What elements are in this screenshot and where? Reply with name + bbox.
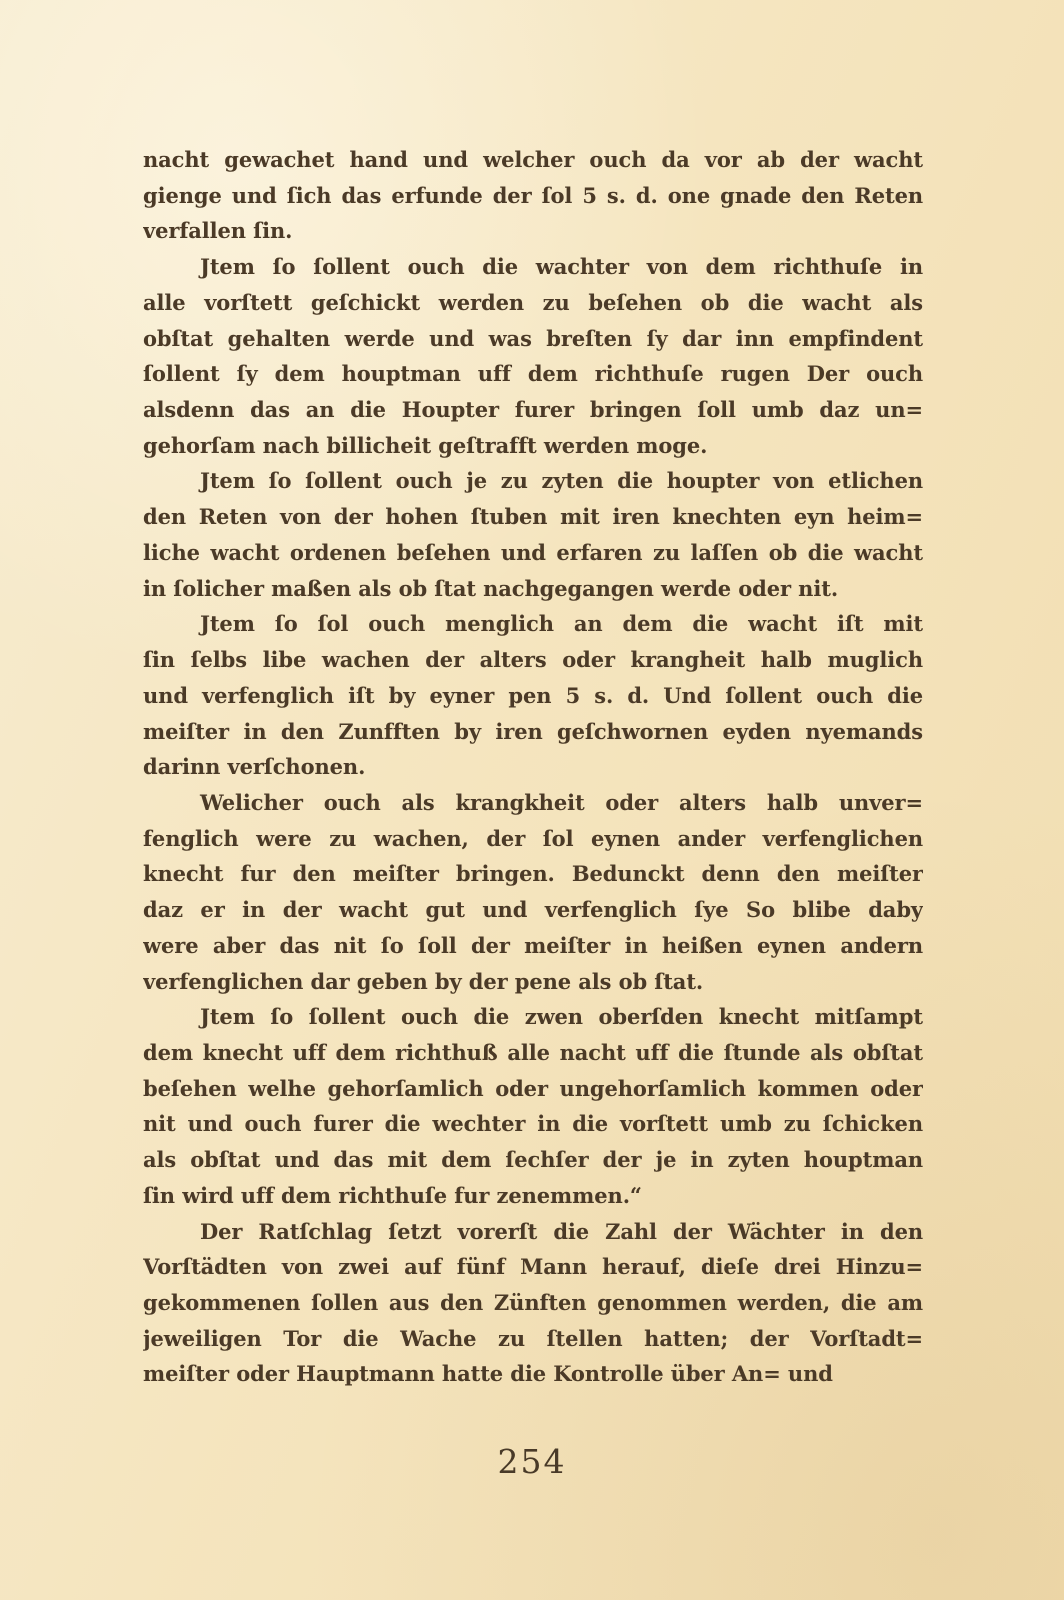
text-line: jeweiligen Tor die Wache zu ſtellen hatt…	[143, 1321, 923, 1357]
text-line: Vorſtädten von zwei auf fünf Mann herauf…	[143, 1249, 923, 1285]
paragraph: Der Ratſchlag ſetzt vorerſt die Zahl der…	[143, 1214, 923, 1393]
text-line: als obſtat und das mit dem ſechſer der j…	[143, 1142, 923, 1178]
text-line: dem knecht uff dem richthuß alle nacht u…	[143, 1035, 923, 1071]
paragraph: Jtem ſo ſollent ouch die zwen oberſden k…	[143, 999, 923, 1213]
text-line: nit und ouch furer die wechter in die vo…	[143, 1106, 923, 1142]
text-line: alsdenn das an die Houpter furer bringen…	[143, 392, 923, 428]
text-line: ſin wird uff dem richthuſe fur zenemmen.…	[143, 1178, 923, 1214]
paragraph: Jtem ſo ſollent ouch je zu zyten die hou…	[143, 463, 923, 606]
text-line: Der Ratſchlag ſetzt vorerſt die Zahl der…	[143, 1214, 923, 1250]
text-line: verfallen ſin.	[143, 213, 923, 249]
text-line: verfenglichen dar geben by der pene als …	[143, 964, 923, 1000]
text-line: gehorſam nach billicheit geſtrafft werde…	[143, 428, 923, 464]
text-line: beſehen welhe gehorſamlich oder ungehorſ…	[143, 1071, 923, 1107]
paragraph: Jtem ſo ſollent ouch die wachter von dem…	[143, 249, 923, 463]
text-line: gekommenen ſollen aus den Zünften genomm…	[143, 1285, 923, 1321]
paragraph: Welicher ouch als krangkheit oder alters…	[143, 785, 923, 999]
text-line: darinn verſchonen.	[143, 749, 923, 785]
paragraph: nacht gewachet hand und welcher ouch da …	[143, 142, 923, 249]
text-line: Jtem ſo ſollent ouch je zu zyten die hou…	[143, 463, 923, 499]
text-line: Jtem ſo ſollent ouch die wachter von dem…	[143, 249, 923, 285]
text-line: in ſolicher maßen als ob ſtat nachgegang…	[143, 571, 923, 607]
text-line: fenglich were zu wachen, der ſol eynen a…	[143, 821, 923, 857]
text-line: meiſter in den Zunfften by iren geſchwor…	[143, 714, 923, 750]
text-line: und verfenglich iſt by eyner pen 5 s. d.…	[143, 678, 923, 714]
text-line: gienge und ſich das erfunde der ſol 5 s.…	[143, 178, 923, 214]
text-line: knecht fur den meiſter bringen. Bedunckt…	[143, 856, 923, 892]
text-line: Jtem ſo ſollent ouch die zwen oberſden k…	[143, 999, 923, 1035]
text-line: ſin ſelbs libe wachen der alters oder kr…	[143, 642, 923, 678]
text-line: Jtem ſo ſol ouch menglich an dem die wac…	[143, 606, 923, 642]
text-line: obſtat gehalten werde und was breſten ſy…	[143, 321, 923, 357]
text-line: liche wacht ordenen beſehen und erfaren …	[143, 535, 923, 571]
text-line: alle vorſtett geſchickt werden zu beſehe…	[143, 285, 923, 321]
text-line: nacht gewachet hand und welcher ouch da …	[143, 142, 923, 178]
page-text: nacht gewachet hand und welcher ouch da …	[143, 142, 923, 1392]
text-line: Welicher ouch als krangkheit oder alters…	[143, 785, 923, 821]
text-line: were aber das nit ſo ſoll der meiſter in…	[143, 928, 923, 964]
text-line: meiſter oder Hauptmann hatte die Kontrol…	[143, 1356, 923, 1392]
paragraph: Jtem ſo ſol ouch menglich an dem die wac…	[143, 606, 923, 785]
book-page: nacht gewachet hand und welcher ouch da …	[0, 0, 1064, 1600]
text-line: ſollent ſy dem houptman uff dem richthuſ…	[143, 356, 923, 392]
text-line: den Reten von der hohen ſtuben mit iren …	[143, 499, 923, 535]
text-line: daz er in der wacht gut und verfenglich …	[143, 892, 923, 928]
page-number: 254	[0, 1442, 1064, 1481]
